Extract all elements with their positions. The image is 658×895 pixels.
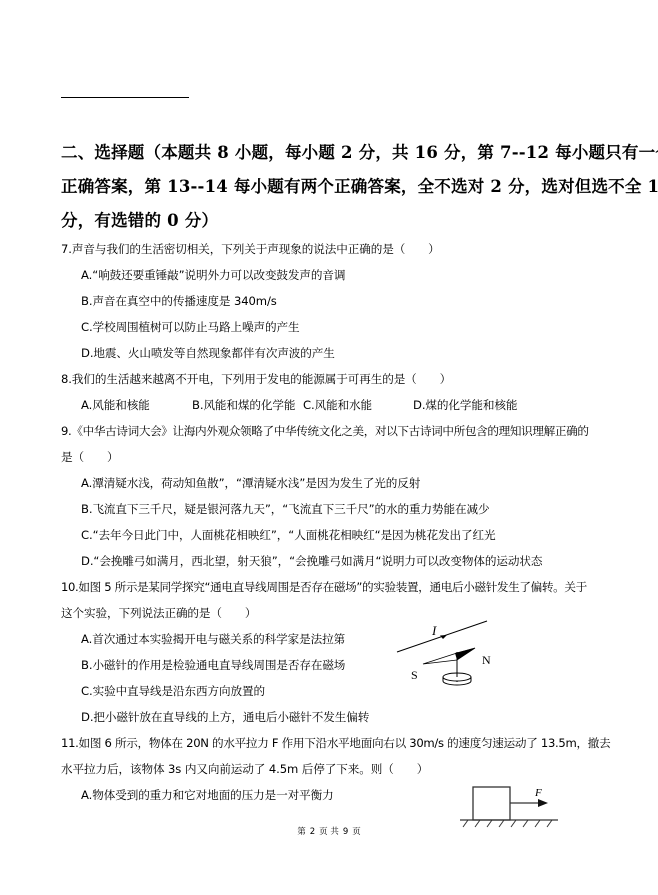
south-label: S xyxy=(411,668,418,682)
question-9-option-b: B.飞流直下三千尺，疑是银河落九天”，“飞流直下三千尺”的水的重力势能在减少 xyxy=(81,501,489,517)
question-8-stem: 8.我们的生活越来越离不开电，下列用于发电的能源属于可再生的是（ ） xyxy=(61,371,451,387)
question-10-option-b: B.小磁针的作用是检验通电直导线周围是否存在磁场 xyxy=(81,657,345,673)
question-7-option-a: A.“响鼓还要重锤敲”说明外力可以改变鼓发声的音调 xyxy=(81,267,345,283)
question-11-stem-line-2: 水平拉力后，该物体 3s 内又向前运动了 4.5m 后停了下来。则（ ） xyxy=(61,761,428,777)
footer-current-page: 2 xyxy=(310,827,315,837)
question-7-stem: 7.声音与我们的生活密切相关，下列关于声现象的说法中正确的是（ ） xyxy=(61,241,440,257)
question-9-stem-line-2: 是（ ） xyxy=(61,449,118,465)
section-heading-line-3: 分，有选错的 0 分） xyxy=(61,207,218,231)
current-label: I xyxy=(431,623,437,638)
question-8-option-a: A.风能和核能 xyxy=(81,397,150,413)
question-9-option-d: D.“会挽雕弓如满月，西北望，射天狼”，“会挽雕弓如满月“说明力可以改变物体的运… xyxy=(81,553,542,569)
force-label: F xyxy=(534,787,542,799)
question-10-option-a: A.首次通过本实验揭开电与磁关系的科学家是法拉第 xyxy=(81,631,345,647)
question-10-option-d: D.把小磁针放在直导线的上方，通电后小磁针不发生偏转 xyxy=(81,709,369,725)
footer-prefix: 第 xyxy=(297,827,306,837)
question-7-option-c: C.学校周围植树可以防止马路上噪声的产生 xyxy=(81,319,299,335)
question-10-option-c: C.实验中直导线是沿东西方向放置的 xyxy=(81,683,265,699)
question-7-option-b: B.声音在真空中的传播速度是 340m/s xyxy=(81,293,277,309)
question-7-option-d: D.地震、火山喷发等自然现象都伴有次声波的产生 xyxy=(81,345,335,361)
question-11-stem-line-1: 11.如图 6 所示，物体在 20N 的水平拉力 F 作用下沿水平地面向右以 3… xyxy=(61,735,610,751)
question-9-option-c: C.“去年今日此门中，人面桃花相映红”，“人面桃花相映红“是因为桃花发出了红光 xyxy=(81,527,496,543)
question-10-stem-line-1: 10.如图 5 所示是某同学探究“通电直导线周围是否存在磁场”的实验装置，通电后… xyxy=(61,579,587,595)
page-footer: 第2页 共9页 xyxy=(0,825,658,837)
footer-suffix: 页 xyxy=(352,827,361,837)
question-8-option-c: C.风能和水能 xyxy=(303,397,372,413)
question-10-stem-line-2: 这个实验，下列说法正确的是（ ） xyxy=(61,605,256,621)
section-heading-line-2: 正确答案，第 13--14 每小题有两个正确答案，全不选对 2 分，选对但选不全… xyxy=(61,173,658,197)
north-label: N xyxy=(482,653,491,667)
answer-blank-line xyxy=(61,97,189,98)
question-9-stem-line-1: 9.《中华古诗词大会》让海内外观众领略了中华传统文化之美，对以下古诗词中所包含的… xyxy=(61,423,589,439)
question-11-option-a: A.物体受到的重力和它对地面的压力是一对平衡力 xyxy=(81,787,334,803)
question-8-option-d: D.煤的化学能和核能 xyxy=(413,397,517,413)
question-9-option-a: A.潭清疑水浅，荷动知鱼散”，“潭清疑水浅”是因为发生了光的反射 xyxy=(81,475,420,491)
section-heading-line-1: 二、选择题（本题共 8 小题，每小题 2 分，共 16 分，第 7--12 每小… xyxy=(61,139,658,163)
footer-middle: 页 共 xyxy=(319,827,339,837)
footer-total-pages: 9 xyxy=(343,827,348,837)
question-8-option-b: B.风能和煤的化学能 xyxy=(192,397,295,413)
figure-5-wire-compass: I N S xyxy=(385,610,515,690)
